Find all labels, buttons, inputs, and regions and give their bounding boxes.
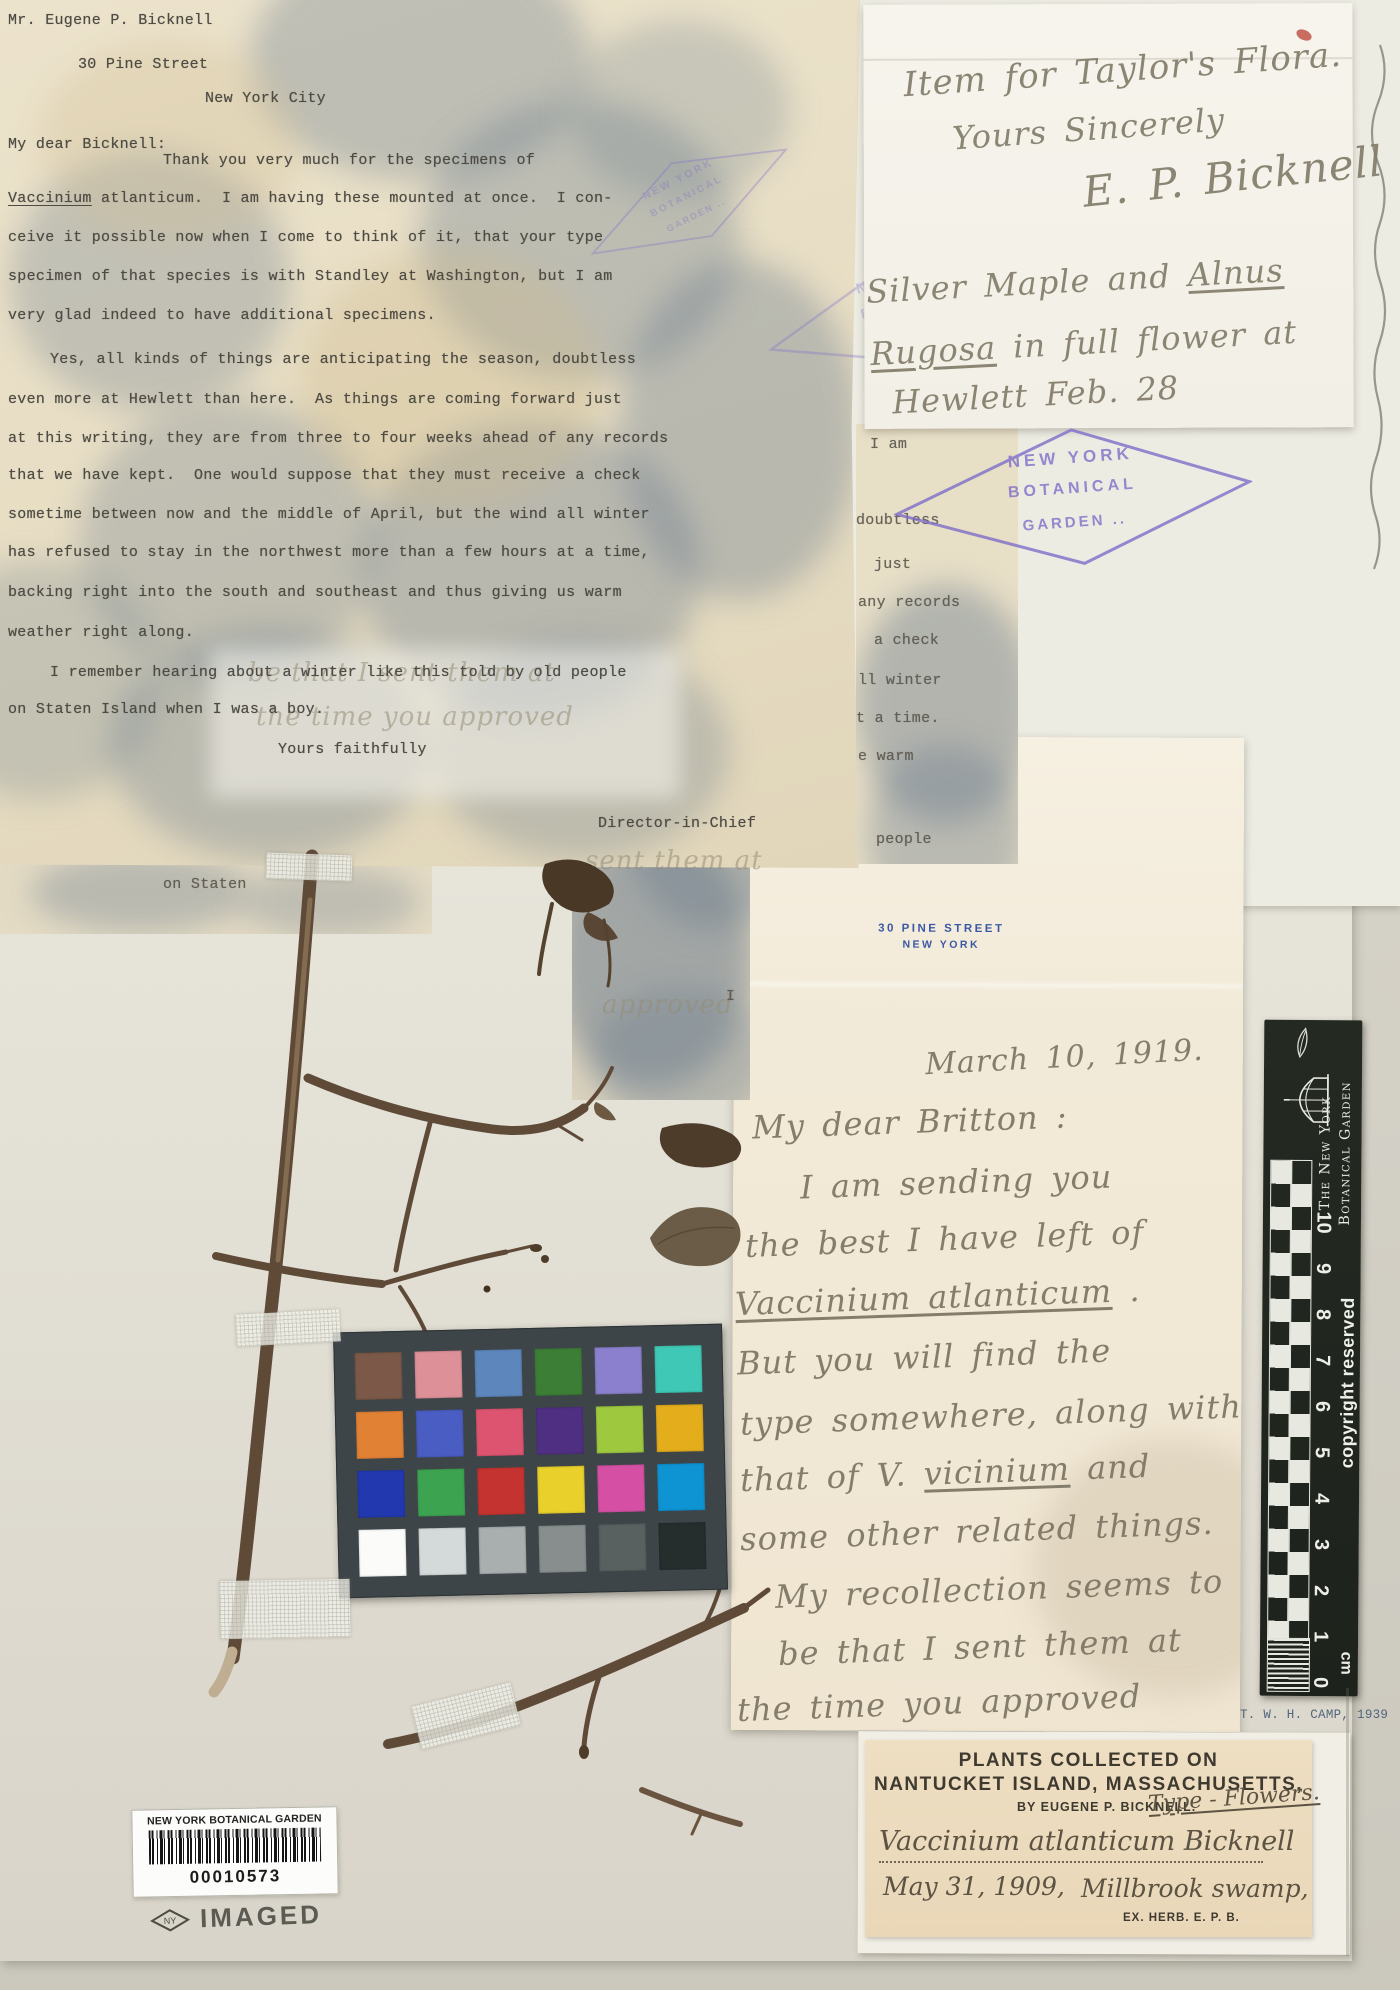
color-swatch	[534, 1348, 582, 1396]
ny-monogram: NY	[164, 1915, 177, 1925]
label-title-line1: PLANTS COLLECTED ON	[865, 1750, 1312, 1772]
label-ex-herb: EX. HERB. E. P. B.	[1123, 1912, 1240, 1924]
herbarium-scan: 30 PINE STREET NEW YORK be that I sent t…	[0, 0, 1400, 1990]
color-swatch	[656, 1404, 704, 1452]
color-swatch	[596, 1405, 644, 1453]
barcode-number: 00010573	[133, 1865, 337, 1889]
ruler-number: 0	[1308, 1666, 1331, 1698]
ruler-number: 6	[1310, 1390, 1333, 1422]
label-locality: Millbrook swamp,	[1081, 1874, 1309, 1903]
ruler-number: 8	[1311, 1298, 1334, 1330]
nybg-diamond-stamp-partial: NEW YORK BOTANICAL GARDEN ..	[744, 240, 866, 360]
ruler-unit-label: cm	[1336, 1652, 1354, 1675]
specimen-label: PLANTS COLLECTED ON NANTUCKET ISLAND, MA…	[865, 1740, 1312, 1937]
color-swatch	[476, 1408, 524, 1456]
color-swatch	[356, 1411, 404, 1459]
color-swatch	[598, 1523, 646, 1571]
paper-shading	[1031, 1437, 1244, 1698]
imaged-stamp-text: IMAGED	[199, 1899, 322, 1934]
color-swatch	[355, 1352, 403, 1400]
ruler-number: 2	[1309, 1574, 1332, 1606]
color-swatch	[657, 1463, 705, 1511]
ruler-number: 7	[1310, 1344, 1333, 1376]
color-swatch	[417, 1469, 465, 1517]
paper-tone	[40, 40, 300, 240]
copyright-text: copyright reserved	[1336, 1263, 1359, 1503]
barcode-org-text: NEW YORK BOTANICAL GARDEN	[132, 1812, 336, 1828]
color-calibration-card	[333, 1324, 728, 1599]
imaged-stamp: NY IMAGED	[150, 1899, 323, 1936]
determiner-annotation: T. W. H. CAMP, 1939	[1240, 1708, 1388, 1722]
carbon-page-sliver	[0, 862, 432, 934]
paper-crease	[863, 57, 1352, 61]
ruler-number: 1	[1308, 1620, 1331, 1652]
ruler-number: 5	[1310, 1436, 1333, 1468]
letterhead: 30 PINE STREET NEW YORK	[831, 922, 1051, 951]
ruler-mm-hatch	[1267, 1638, 1310, 1692]
color-swatch	[538, 1525, 586, 1573]
color-swatch	[597, 1464, 645, 1512]
color-swatch	[359, 1529, 407, 1577]
color-swatch	[537, 1466, 585, 1514]
label-date: May 31, 1909,	[883, 1872, 1065, 1901]
mounting-tape	[235, 1309, 341, 1346]
color-swatch	[419, 1527, 467, 1575]
color-swatch	[414, 1351, 462, 1399]
color-swatch	[477, 1467, 525, 1515]
paper-crease	[734, 982, 1243, 988]
mounting-tape	[266, 853, 353, 882]
color-swatch	[478, 1526, 526, 1574]
ruler-number: 9	[1311, 1252, 1334, 1284]
letterhead-street: 30 PINE STREET	[831, 922, 1051, 935]
sheet-edge	[1346, 1688, 1349, 1956]
color-swatch	[357, 1470, 405, 1518]
color-swatch	[594, 1346, 642, 1394]
color-swatch	[474, 1349, 522, 1397]
color-swatch	[536, 1407, 584, 1455]
barcode-bars	[149, 1828, 322, 1865]
paper-tone	[300, 250, 600, 510]
barcode-label: NEW YORK BOTANICAL GARDEN 00010573	[131, 1806, 339, 1898]
letterhead-city: NEW YORK	[831, 938, 1051, 951]
ruler-number: 4	[1309, 1482, 1332, 1514]
color-swatch	[658, 1522, 706, 1570]
ruler-number: 3	[1309, 1528, 1332, 1560]
translucent-patch	[210, 648, 680, 798]
nybg-diamond-stamp: NEW YORK BOTANICAL GARDEN ..	[753, 240, 866, 360]
scale-ruler: The New York Botanical Garden copyright …	[1260, 1020, 1363, 1697]
ruler-number: 10	[1311, 1207, 1334, 1239]
ruler-org-line2: Botanical Garden	[1335, 1037, 1357, 1269]
label-species: Vaccinium atlanticum Bicknell	[879, 1826, 1263, 1863]
leaf-shadow	[30, 862, 250, 932]
mounting-tape	[220, 1579, 351, 1639]
color-swatch	[416, 1410, 464, 1458]
handwritten-letter-sheet: 30 PINE STREET NEW YORK	[731, 736, 1244, 1732]
nybg-diamond-stamp: NEW YORK BOTANICAL GARDEN ..	[888, 412, 1257, 583]
ny-diamond-icon: NY	[150, 1907, 191, 1932]
ruler-checker-column	[1287, 1160, 1312, 1640]
handwritten-note-sheet	[863, 3, 1353, 429]
color-swatch	[654, 1345, 702, 1393]
